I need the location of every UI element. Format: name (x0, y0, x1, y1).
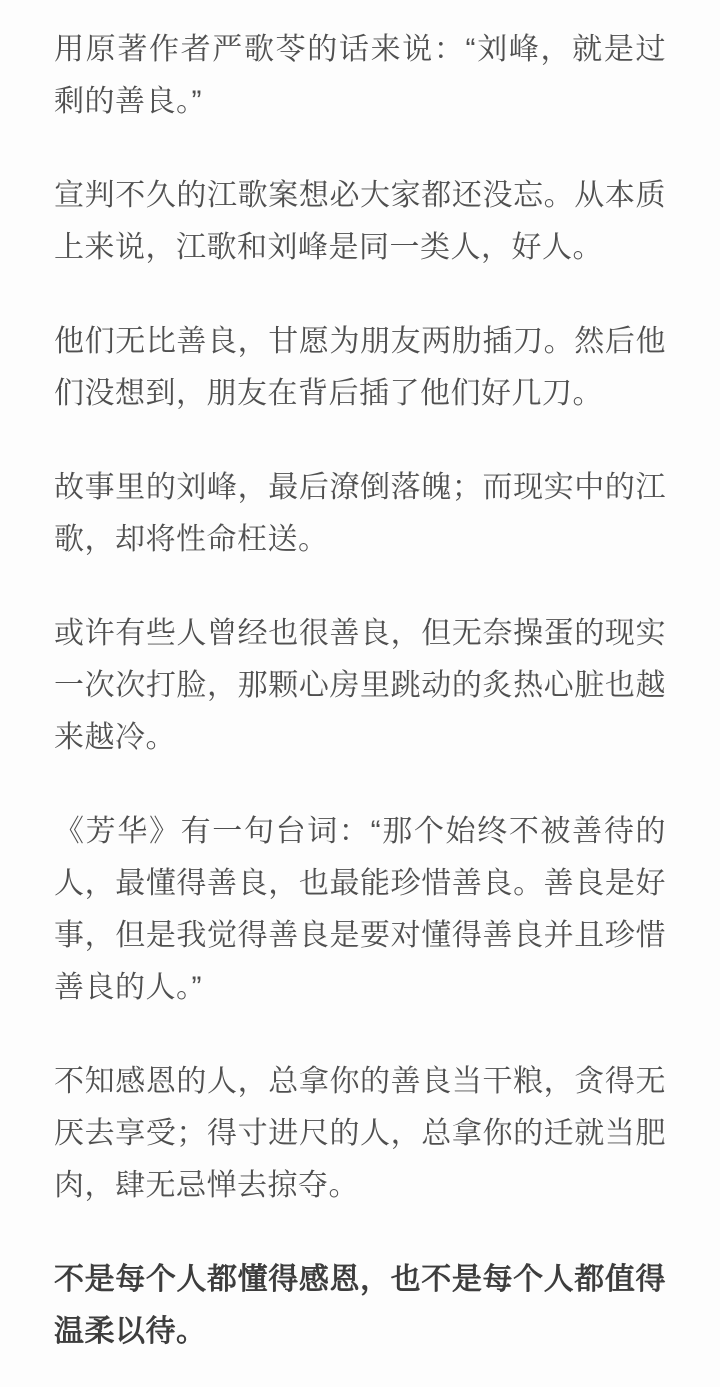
paragraph: 宣判不久的江歌案想必大家都还没忘。从本质上来说，江歌和刘峰是同一类人，好人。 (54, 170, 666, 274)
paragraph: 不知感恩的人，总拿你的善良当干粮，贪得无厌去享受；得寸进尺的人，总拿你的迁就当肥… (54, 1056, 666, 1212)
paragraph-emphasis: 不是每个人都懂得感恩，也不是每个人都值得温柔以待。 (54, 1254, 666, 1358)
paragraph: 他们无比善良，甘愿为朋友两肋插刀。然后他们没想到，朋友在背后插了他们好几刀。 (54, 316, 666, 420)
article-body: 用原著作者严歌苓的话来说：“刘峰，就是过剩的善良。” 宣判不久的江歌案想必大家都… (0, 0, 720, 1387)
paragraph: 或许有些人曾经也很善良，但无奈操蛋的现实一次次打脸，那颗心房里跳动的炙热心脏也越… (54, 608, 666, 764)
paragraph: 用原著作者严歌苓的话来说：“刘峰，就是过剩的善良。” (54, 24, 666, 128)
paragraph: 故事里的刘峰，最后潦倒落魄；而现实中的江歌，却将性命枉送。 (54, 462, 666, 566)
paragraph: 《芳华》有一句台词：“那个始终不被善待的人，最懂得善良，也最能珍惜善良。善良是好… (54, 806, 666, 1014)
